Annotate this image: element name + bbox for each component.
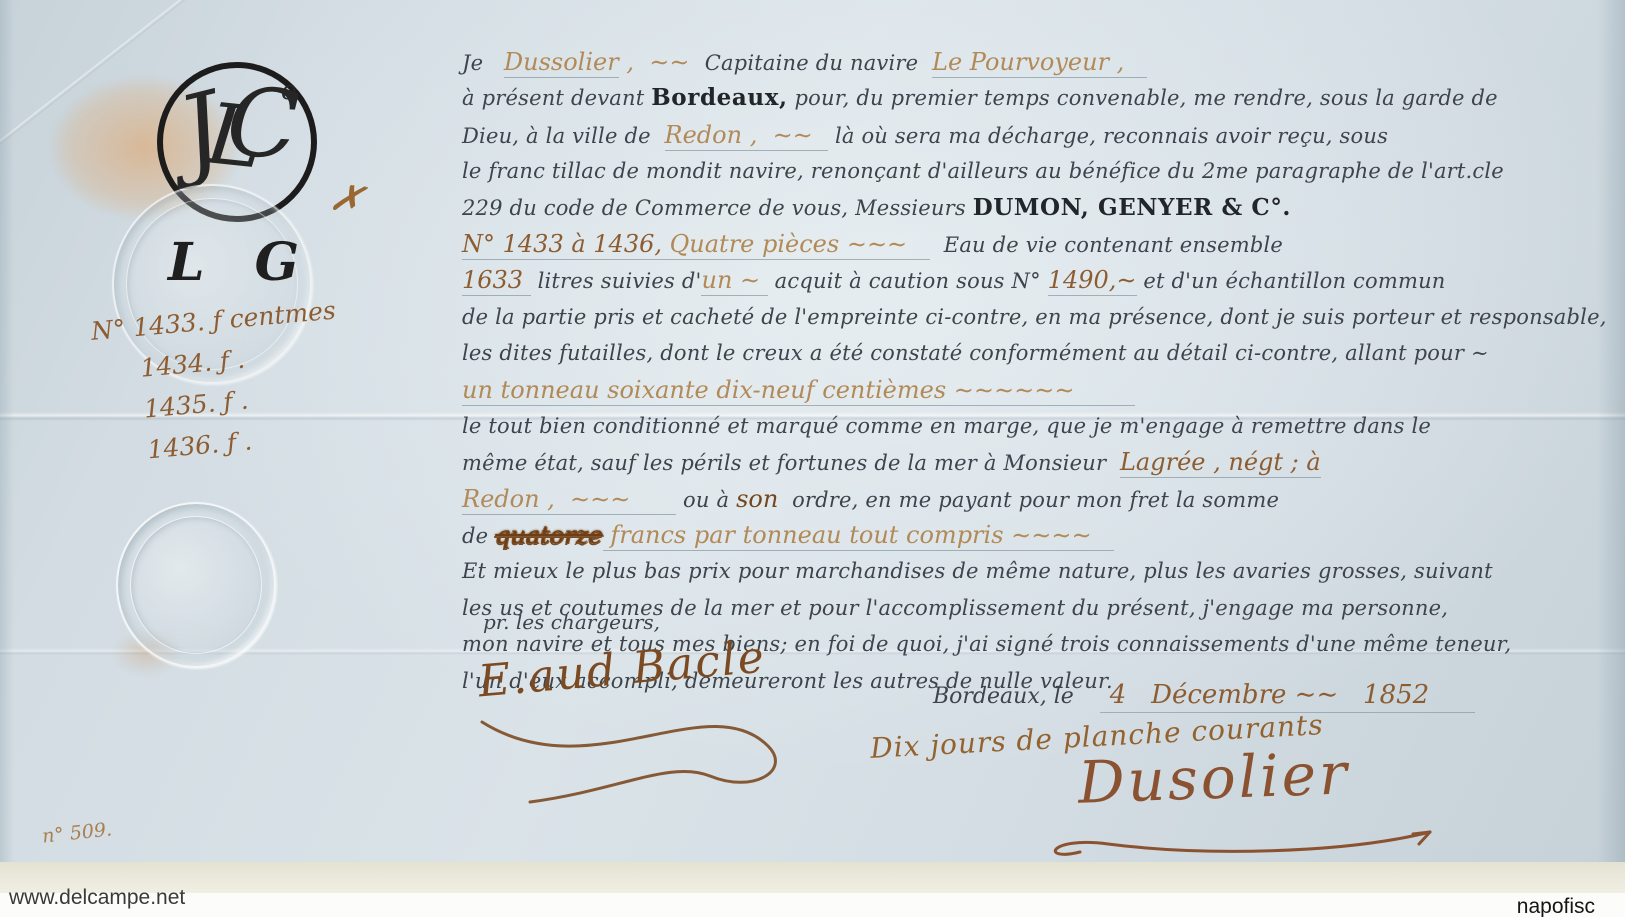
document-line: à présent devant Bordeaux, pour, du prem… [462,80,1622,116]
document-line: Et mieux le plus bas prix pour marchandi… [462,553,1622,589]
text-segment: quatorze [495,521,603,549]
text-segment: N° 1433 à 1436, [462,230,670,260]
document-line: N° 1433 à 1436, Quatre pièces ∼∼∼ Eau de… [462,226,1622,262]
text-segment: , ∼∼ [619,48,705,76]
text-segment: de la partie pris et cacheté de l'emprei… [462,305,1607,329]
date-line: Bordeaux, le4 Décembre ∼∼ 1852 [933,680,1475,710]
text-segment: Eau de vie contenant ensemble [930,233,1283,257]
text-segment: ordre, en me payant pour mon fret la som… [778,488,1279,512]
document-body: Je Dussolier , ∼∼ Capitaine du navire Le… [462,44,1622,699]
text-segment: le franc tillac de mondit navire, renonç… [462,159,1504,183]
text-segment: DUMON, GENYER & C°. [973,194,1291,221]
text-segment: de [462,524,495,548]
text-segment: Dieu, à la ville de [462,124,665,148]
paper-bottom-edge [0,862,1625,893]
text-segment: ou à [676,488,736,512]
embossed-seal-bottom [116,502,276,668]
signature-flourish [470,694,820,809]
document-line: 1633 litres suivies d'un ∼ acquit à caut… [462,262,1622,298]
document-line: le tout bien conditionné et marqué comme… [462,408,1622,444]
watermark-delcampe: www.delcampe.net [9,886,185,910]
text-segment: Quatre pièces ∼∼∼ [670,230,930,260]
text-segment: Lagrée , négt ; à [1120,448,1321,478]
document-line: 229 du code de Commerce de vous, Messieu… [462,190,1622,226]
lg-initials-stamp: L G [168,232,315,293]
text-segment: même état, sauf les périls et fortunes d… [462,451,1120,475]
text-segment: et d'un échantillon commun [1137,269,1446,293]
signature-underline-flourish [1022,822,1462,864]
embossed-seal-ring [130,516,262,654]
text-segment: litres suivies d' [531,269,702,293]
date-handwritten: 4 Décembre ∼∼ 1852 [1100,680,1475,713]
document-line: les dites futailles, dont le creux a été… [462,335,1622,371]
text-segment: Bordeaux, [651,84,787,111]
text-segment: Je [462,51,504,75]
text-segment: Le Pourvoyeur , [932,48,1147,78]
text-segment: Redon , ∼∼ [665,121,829,151]
paper-edge-shadow [0,0,14,862]
text-segment: Capitaine du navire [705,51,932,75]
text-segment: 1633 [462,266,531,296]
document-line: Redon , ∼∼∼ ou à son ordre, en me payant… [462,481,1622,517]
text-segment: un tonneau soixante dix-neuf centièmes ∼… [462,376,1135,406]
text-segment: le tout bien conditionné et marqué comme… [462,414,1431,438]
margin-cask-list: N° 1433. ƒ centmes1434. ƒ .1435. ƒ .1436… [89,290,348,475]
text-segment: pour, du premier temps convenable, me re… [788,86,1498,110]
document-line: de quatorze francs par tonneau tout comp… [462,517,1622,553]
captain-signature: Dusolier [1077,739,1351,816]
chargeurs-label: pr. les chargeurs, [483,610,660,634]
document-line: de la partie pris et cacheté de l'emprei… [462,299,1622,335]
document-line: le franc tillac de mondit navire, renonç… [462,153,1622,189]
text-segment: Et mieux le plus bas prix pour marchandi… [462,559,1493,583]
text-segment: 229 du code de Commerce de vous, Messieu… [462,196,973,220]
text-segment: acquit à caution sous N° [768,269,1048,293]
text-segment: 1490,∼ [1048,266,1137,296]
text-segment: là où sera ma décharge, reconnais avoir … [828,124,1388,148]
document-line: un tonneau soixante dix-neuf centièmes ∼… [462,372,1622,408]
text-segment: les dites futailles, dont le creux a été… [462,341,1489,365]
watermark-napofisc: napofisc [1517,895,1595,917]
text-segment: son [736,485,778,513]
document-line: même état, sauf les périls et fortunes d… [462,444,1622,480]
text-segment: Dussolier [504,48,619,78]
text-segment: un ∼ [701,266,767,296]
scanned-document-1852-bill-of-lading: { "monogram": { "l1": "J", "l2": "L", "l… [0,0,1625,917]
document-line: Je Dussolier , ∼∼ Capitaine du navire Le… [462,44,1622,80]
date-place-label: Bordeaux, le [933,684,1074,709]
text-segment: à présent devant [462,86,651,110]
document-line: Dieu, à la ville de Redon , ∼∼ là où ser… [462,117,1622,153]
text-segment: Redon , ∼∼∼ [462,485,676,515]
text-segment: francs par tonneau tout compris ∼∼∼∼ [603,521,1115,551]
monogram-superscript: o [281,78,297,104]
scan-background-strip [0,893,1625,917]
